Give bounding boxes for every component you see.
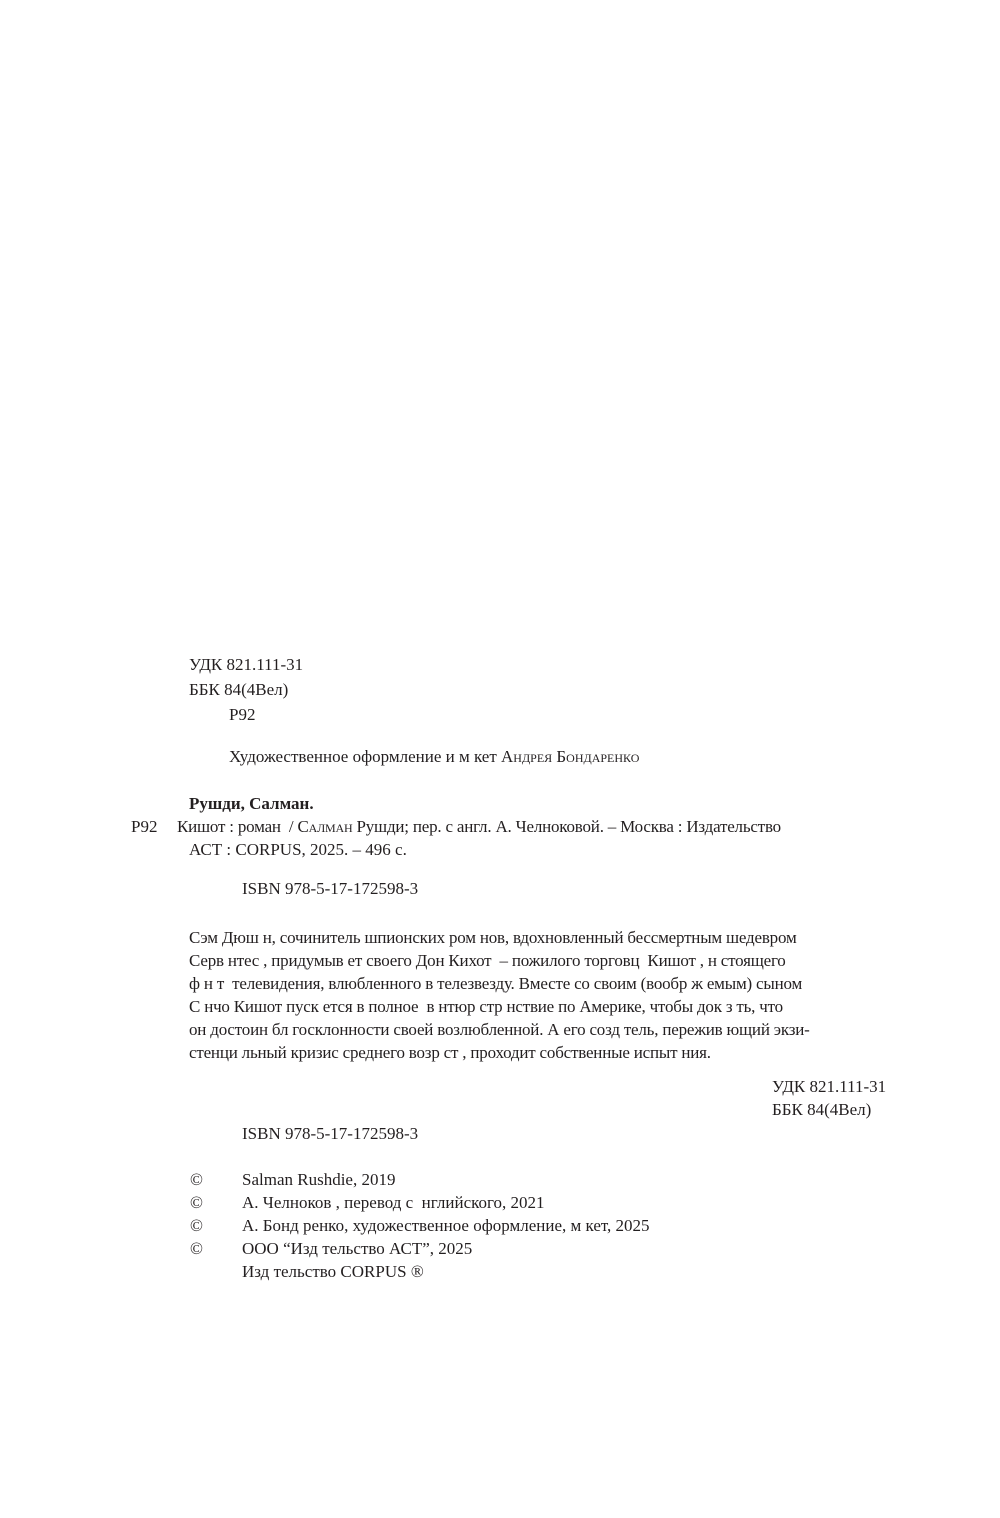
design-credit-prefix: Художественное оформление и м кет <box>229 747 501 766</box>
record-title: Кишот : роман / <box>177 817 298 836</box>
annotation-line: Сэм Дюш н, сочинитель шпионских ром нов,… <box>189 929 797 946</box>
bbk-code: ББК 84(4Вел) <box>189 681 288 698</box>
record-heading: Рушди, Салман. <box>189 795 314 812</box>
copyright-text: Salman Rushdie, 2019 <box>242 1171 395 1188</box>
record-author-first: Салман <box>298 817 353 836</box>
copyright-text: ООО “Изд тельство АСТ”, 2025 <box>242 1240 472 1257</box>
annotation-line: стенци льный кризис среднего возр ст , п… <box>189 1044 711 1061</box>
udk-code: УДК 821.111-31 <box>189 656 303 673</box>
isbn: ISBN 978-5-17-172598-3 <box>242 880 418 897</box>
copyright-symbol: © <box>190 1240 203 1257</box>
copyright-symbol: © <box>190 1194 203 1211</box>
annotation-line: он достоин бл госклонности своей возлюбл… <box>189 1021 810 1038</box>
bbk-code-right: ББК 84(4Вел) <box>772 1101 871 1118</box>
isbn-bottom: ISBN 978-5-17-172598-3 <box>242 1125 418 1142</box>
copyright-text: А. Челноков , перевод с нглийского, 2021 <box>242 1194 545 1211</box>
annotation-line: Серв нтес , придумыв ет своего Дон Кихот… <box>189 952 786 969</box>
record-details: Рушди; пер. с англ. А. Челноковой. – Мос… <box>352 817 781 836</box>
record-line-2: АСТ : CORPUS, 2025. – 496 с. <box>189 841 407 858</box>
copyright-symbol: © <box>190 1171 203 1188</box>
author-mark: Р92 <box>229 706 255 723</box>
annotation-line: ф н т телевидения, влюбленного в телезве… <box>189 975 802 992</box>
copyright-symbol: © <box>190 1217 203 1234</box>
udk-code-right: УДК 821.111-31 <box>772 1078 886 1095</box>
annotation-line: С нчо Кишот пуск ется в полное в нтюр ст… <box>189 998 783 1015</box>
annotation-paragraph: Сэм Дюш н, сочинитель шпионских ром нов,… <box>189 929 899 1048</box>
copyright-text: Изд тельство CORPUS ® <box>242 1263 424 1280</box>
record-mark: Р92 <box>131 818 157 835</box>
design-credit: Художественное оформление и м кет Андрея… <box>229 748 639 765</box>
designer-name: Андрея Бондаренко <box>501 747 639 766</box>
record-line-1: Кишот : роман / Салман Рушди; пер. с анг… <box>177 818 781 835</box>
copyright-text: А. Бонд ренко, художественное оформление… <box>242 1217 650 1234</box>
